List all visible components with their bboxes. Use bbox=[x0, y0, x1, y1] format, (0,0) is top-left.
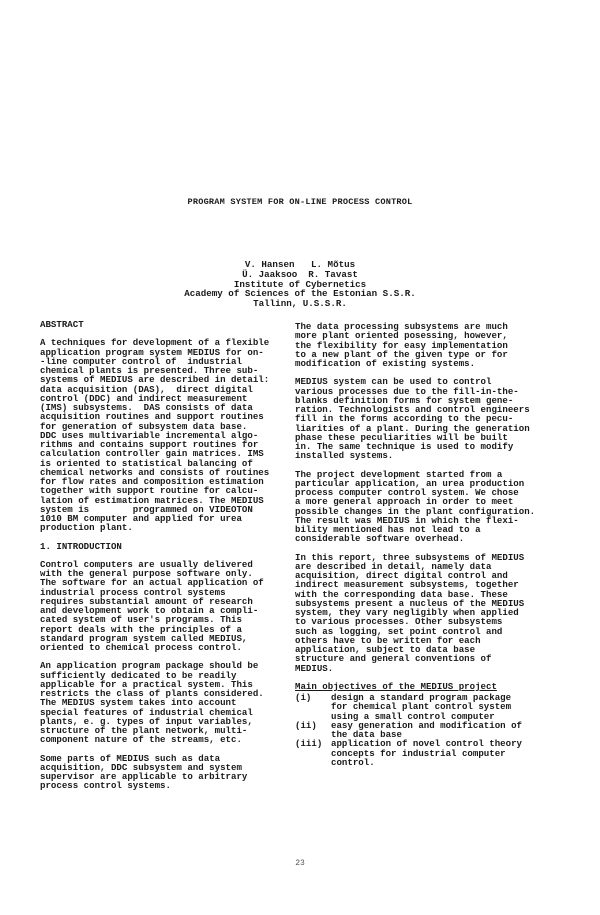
text-line: component nature of the streams, etc. bbox=[40, 735, 290, 744]
objective-number: (iii) bbox=[295, 739, 331, 767]
text-line: process control systems. bbox=[40, 781, 290, 790]
paragraph: Some parts of MEDIUS such as dataacquisi… bbox=[40, 754, 290, 791]
abstract-heading: ABSTRACT bbox=[40, 320, 290, 329]
location: Tallinn, U.S.S.R. bbox=[0, 299, 600, 309]
paragraph: In this report, three subsystems of MEDI… bbox=[295, 553, 555, 673]
objective-item: (iii)application of novel control theory… bbox=[295, 739, 555, 767]
introduction-body: Control computers are usually deliveredw… bbox=[40, 560, 290, 791]
paper-title: PROGRAM SYSTEM FOR ON-LINE PROCESS CONTR… bbox=[0, 197, 600, 207]
paragraph: The project development started from apa… bbox=[295, 470, 555, 544]
introduction-heading: 1. INTRODUCTION bbox=[40, 542, 290, 551]
text-line: considerable software overhead. bbox=[295, 534, 555, 543]
objective-text: easy generation and modification ofthe d… bbox=[331, 721, 555, 740]
text-line: production plant. bbox=[40, 523, 290, 532]
objectives-heading: Main objectives of the MEDIUS project bbox=[295, 682, 555, 691]
objective-number: (ii) bbox=[295, 721, 331, 740]
text-line: oriented to chemical process control. bbox=[40, 643, 290, 652]
paragraph: The data processing subsystems are muchm… bbox=[295, 322, 555, 368]
paragraph: Control computers are usually deliveredw… bbox=[40, 560, 290, 653]
text-line: structure and general conventions of bbox=[295, 654, 555, 663]
author-block: V. Hansen L. Mõtus Ü. Jaaksoo R. Tavast … bbox=[0, 260, 600, 309]
left-column: ABSTRACT A techniques for development of… bbox=[40, 320, 290, 800]
text-line: control. bbox=[331, 758, 555, 767]
objective-item: (ii)easy generation and modification oft… bbox=[295, 721, 555, 740]
text-line: modification of existing systems. bbox=[295, 359, 555, 368]
text-line: installed systems. bbox=[295, 451, 555, 460]
objective-item: (i)design a standard program packagefor … bbox=[295, 693, 555, 721]
abstract-body: A techniques for development of a flexib… bbox=[40, 338, 290, 532]
page-number: 23 bbox=[0, 859, 600, 868]
objectives-list: (i)design a standard program packagefor … bbox=[295, 693, 555, 767]
right-column-body: The data processing subsystems are muchm… bbox=[295, 322, 555, 673]
objective-text: design a standard program packagefor che… bbox=[331, 693, 555, 721]
paragraph: An application program package should be… bbox=[40, 661, 290, 744]
paragraph: MEDIUS system can be used to controlvari… bbox=[295, 377, 555, 460]
objective-number: (i) bbox=[295, 693, 331, 721]
objective-text: application of novel control theoryconce… bbox=[331, 739, 555, 767]
text-line: MEDIUS. bbox=[295, 664, 555, 673]
right-column: The data processing subsystems are muchm… bbox=[295, 322, 555, 767]
